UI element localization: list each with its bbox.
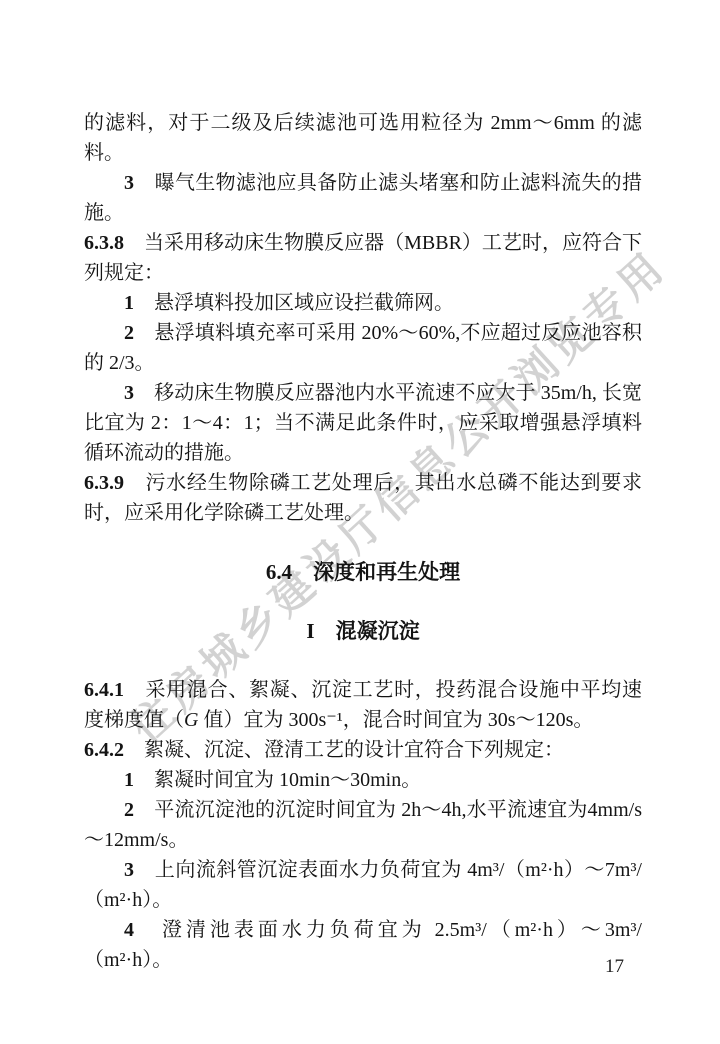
clause-label: 6.4.2 [84, 739, 124, 761]
paragraph: 4 澄清池表面水力负荷宜为 2.5m³/（m²·h）～3m³/（m²·h）。 [84, 915, 642, 975]
text-run: 絮凝时间宜为 10min～30min。 [134, 769, 421, 791]
document-body: 的滤料，对于二级及后续滤池可选用粒径为 2mm～6mm 的滤料。3 曝气生物滤池… [84, 108, 642, 975]
text-run: 当采用移动床生物膜反应器（MBBR）工艺时，应符合下列规定： [84, 232, 642, 284]
clause-label: 3 [124, 172, 134, 194]
paragraph: 1 悬浮填料投加区域应设拦截筛网。 [84, 288, 642, 318]
clause-label: 3 [124, 382, 134, 404]
text-run: G [184, 709, 198, 731]
clause-label: 6.4.1 [84, 679, 124, 701]
clause-label: 3 [124, 859, 134, 881]
paragraph: 6.3.8 当采用移动床生物膜反应器（MBBR）工艺时，应符合下列规定： [84, 228, 642, 288]
clause-label: 6.4 深度和再生处理 [266, 560, 460, 584]
text-run: 平流沉淀池的沉淀时间宜为 2h～4h,水平流速宜为4mm/s～12mm/s。 [84, 799, 642, 851]
text-run: 澄清池表面水力负荷宜为 2.5m³/（m²·h）～3m³/（m²·h）。 [84, 919, 642, 971]
paragraph: 的滤料，对于二级及后续滤池可选用粒径为 2mm～6mm 的滤料。 [84, 108, 642, 168]
clause-label: 2 [124, 322, 134, 344]
paragraph: 3 移动床生物膜反应器池内水平流速不应大于 35m/h, 长宽比宜为 2：1～4… [84, 378, 642, 468]
paragraph: 2 平流沉淀池的沉淀时间宜为 2h～4h,水平流速宜为4mm/s～12mm/s。 [84, 795, 642, 855]
text-run: 悬浮填料投加区域应设拦截筛网。 [134, 292, 454, 314]
clause-label: I 混凝沉淀 [306, 619, 419, 643]
paragraph: 1 絮凝时间宜为 10min～30min。 [84, 765, 642, 795]
clause-label: 2 [124, 799, 134, 821]
paragraph: 3 曝气生物滤池应具备防止滤头堵塞和防止滤料流失的措施。 [84, 168, 642, 228]
document-page: 住房城乡建设厅信息公开浏览专用 的滤料，对于二级及后续滤池可选用粒径为 2mm～… [0, 0, 720, 1044]
text-run: 的滤料，对于二级及后续滤池可选用粒径为 2mm～6mm 的滤料。 [84, 112, 642, 164]
clause-label: 1 [124, 769, 134, 791]
clause-label: 6.3.8 [84, 232, 124, 254]
text-run: 上向流斜管沉淀表面水力负荷宜为 4m³/（m²·h）～7m³/（m²·h）。 [84, 859, 642, 911]
clause-label: 6.3.9 [84, 472, 124, 494]
text-run: 移动床生物膜反应器池内水平流速不应大于 35m/h, 长宽比宜为 2：1～4：1… [84, 382, 642, 464]
page-number: 17 [605, 956, 624, 978]
clause-label: 1 [124, 292, 134, 314]
paragraph: 6.4.2 絮凝、沉淀、澄清工艺的设计宜符合下列规定： [84, 735, 642, 765]
clause-label: 4 [124, 919, 134, 941]
paragraph: 6.3.9 污水经生物除磷工艺处理后，其出水总磷不能达到要求时，应采用化学除磷工… [84, 468, 642, 528]
text-run: 曝气生物滤池应具备防止滤头堵塞和防止滤料流失的措施。 [84, 172, 642, 224]
section-heading: I 混凝沉淀 [84, 616, 642, 646]
section-heading: 6.4 深度和再生处理 [84, 557, 642, 587]
text-run: 絮凝、沉淀、澄清工艺的设计宜符合下列规定： [124, 739, 564, 761]
text-run: 污水经生物除磷工艺处理后，其出水总磷不能达到要求时，应采用化学除磷工艺处理。 [84, 472, 642, 524]
paragraph: 6.4.1 采用混合、絮凝、沉淀工艺时，投药混合设施中平均速度梯度值（G 值）宜… [84, 675, 642, 735]
text-run: 悬浮填料填充率可采用 20%～60%,不应超过反应池容积的 2/3。 [84, 322, 642, 374]
paragraph: 2 悬浮填料填充率可采用 20%～60%,不应超过反应池容积的 2/3。 [84, 318, 642, 378]
paragraph: 3 上向流斜管沉淀表面水力负荷宜为 4m³/（m²·h）～7m³/（m²·h）。 [84, 855, 642, 915]
text-run: 值）宜为 300s⁻¹，混合时间宜为 30s～120s。 [198, 709, 593, 731]
